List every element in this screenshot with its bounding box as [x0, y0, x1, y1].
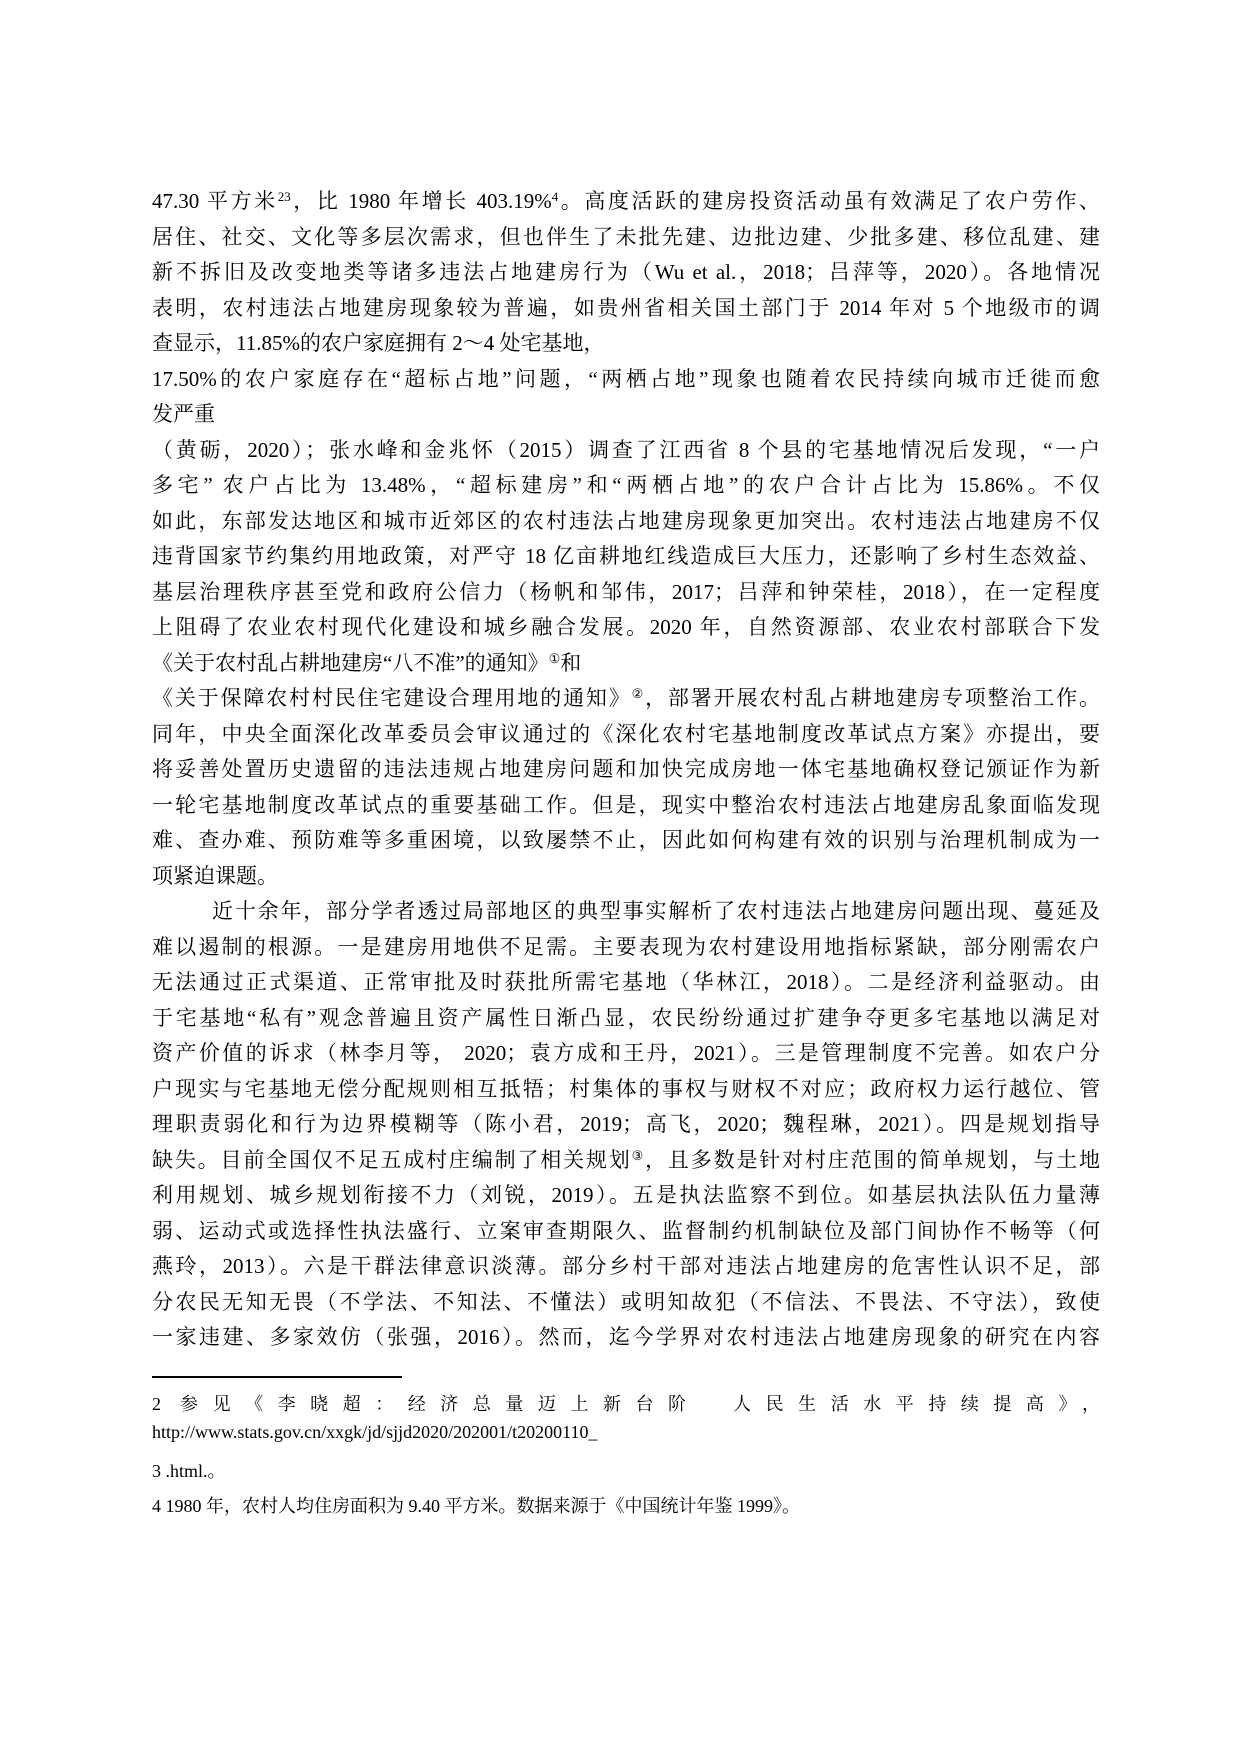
document-body: 47.30 平方米23，比 1980 年增长 403.19%4。高度活跃的建房投…: [152, 184, 1100, 1356]
text-line: 基层治理秩序甚至党和政府公信力（杨帆和邹伟，2017；吕萍和钟荣桂，2018），…: [152, 575, 1100, 611]
text-line: 一家违建、多家效仿（张强，2016）。然而，迄今学界对农村违法占地建房现象的研究…: [152, 1320, 1100, 1356]
text-line: （黄砺，2020）；张水峰和金兆怀（2015）调查了江西省 8 个县的宅基地情况…: [152, 433, 1100, 469]
text-line: 多宅” 农户占比为 13.48%，“超标建房”和“两栖占地”的农户合计占比为 1…: [152, 468, 1100, 504]
text-line: 近十余年，部分学者透过局部地区的典型事实解析了农村违法占地建房问题出现、蔓延及: [152, 894, 1100, 930]
text-line: 无法通过正式渠道、正常审批及时获批所需宅基地（华林江，2018）。二是经济利益驱…: [152, 965, 1100, 1001]
text-line: 项紧迫课题。: [152, 859, 1100, 895]
text-line: 弱、运动式或选择性执法盛行、立案审查期限久、监督制约机制缺位及部门间协作不畅等（…: [152, 1214, 1100, 1250]
text-line: 违背国家节约集约用地政策，对严守 18 亿亩耕地红线造成巨大压力，还影响了乡村生…: [152, 539, 1100, 575]
text-line: 新不拆旧及改变地类等诸多违法占地建房行为（Wu et al.，2018；吕萍等，…: [152, 255, 1100, 291]
text-line: 《关于保障农村村民住宅建设合理用地的通知》②，部署开展农村乱占耕地建房专项整治工…: [152, 681, 1100, 717]
text-line: 理职责弱化和行为边界模糊等（陈小君，2019；高飞，2020；魏程琳，2021）…: [152, 1107, 1100, 1143]
text-line: 《关于农村乱占耕地建房“八不准”的通知》①和: [152, 646, 1100, 682]
text-line: 分农民无知无畏（不学法、不知法、不懂法）或明知故犯（不信法、不畏法、不守法），致…: [152, 1285, 1100, 1321]
footnote-separator: [152, 1376, 402, 1378]
text-line: 于宅基地“私有”观念普遍且资产属性日渐凸显，农民纷纷通过扩建争夺更多宅基地以满足…: [152, 1001, 1100, 1037]
text-line: 难以遏制的根源。一是建房用地供不足需。主要表现为农村建设用地指标紧缺，部分刚需农…: [152, 930, 1100, 966]
text-line: 同年，中央全面深化改革委员会审议通过的《深化农村宅基地制度改革试点方案》亦提出，…: [152, 717, 1100, 753]
footnotes-section: 2 参见《李晓超：经济总量迈上新台阶 人民生活水平持续提高》，http://ww…: [152, 1376, 1100, 1520]
text-line: 上阻碍了农业农村现代化建设和城乡融合发展。2020 年，自然资源部、农业农村部联…: [152, 610, 1100, 646]
text-line: 缺失。目前全国仅不足五成村庄编制了相关规划③，且多数是针对村庄范围的简单规划，与…: [152, 1143, 1100, 1179]
text-line: 17.50%的农户家庭存在“超标占地”问题，“两栖占地”现象也随着农民持续向城市…: [152, 362, 1100, 398]
footnote-line: 2 参见《李晓超：经济总量迈上新台阶 人民生活水平持续提高》，: [152, 1390, 1100, 1418]
text-line: 户现实与宅基地无偿分配规则相互抵牾；村集体的事权与财权不对应；政府权力运行越位、…: [152, 1072, 1100, 1108]
text-line: 燕玲，2013）。六是干群法律意识淡薄。部分乡村干部对违法占地建房的危害性认识不…: [152, 1249, 1100, 1285]
text-line: 居住、社交、文化等多层次需求，但也伴生了未批先建、边批边建、少批多建、移位乱建、…: [152, 220, 1100, 256]
document-page: 47.30 平方米23，比 1980 年增长 403.19%4。高度活跃的建房投…: [0, 0, 1240, 1754]
text-line: 发严重: [152, 397, 1100, 433]
text-line: 如此，东部发达地区和城市近郊区的农村违法占地建房现象更加突出。农村违法占地建房不…: [152, 504, 1100, 540]
footnote-line: 4 1980 年，农村人均住房面积为 9.40 平方米。数据来源于《中国统计年鉴…: [152, 1492, 1100, 1520]
text-line: 查显示，11.85%的农户家庭拥有 2～4 处宅基地，: [152, 326, 1100, 362]
text-line: 47.30 平方米23，比 1980 年增长 403.19%4。高度活跃的建房投…: [152, 184, 1100, 220]
footnote-ref: 23: [278, 189, 291, 204]
text-line: 难、查办难、预防难等多重困境，以致屡禁不止，因此如何构建有效的识别与治理机制成为…: [152, 823, 1100, 859]
text-line: 表明，农村违法占地建房现象较为普遍，如贵州省相关国土部门于 2014 年对 5 …: [152, 291, 1100, 327]
footnote-list: 2 参见《李晓超：经济总量迈上新台阶 人民生活水平持续提高》，http://ww…: [152, 1390, 1100, 1520]
footnote-ref: ②: [632, 686, 646, 701]
footnote-ref: ③: [632, 1148, 646, 1163]
footnote-line: http://www.stats.gov.cn/xxgk/jd/sjjd2020…: [152, 1418, 1100, 1446]
text-line: 将妥善处置历史遗留的违法违规占地建房问题和加快完成房地一体宅基地确权登记颁证作为…: [152, 752, 1100, 788]
text-line: 资产价值的诉求（林李月等， 2020；袁方成和王丹，2021）。三是管理制度不完…: [152, 1036, 1100, 1072]
text-line: 利用规划、城乡规划衔接不力（刘锐，2019）。五是执法监察不到位。如基层执法队伍…: [152, 1178, 1100, 1214]
footnote-ref: ①: [549, 651, 561, 666]
text-line: 一轮宅基地制度改革试点的重要基础工作。但是，现实中整治农村违法占地建房乱象面临发…: [152, 788, 1100, 824]
footnote-line: 3 .html.。: [152, 1457, 1100, 1485]
footnote-ref: 4: [552, 189, 559, 204]
